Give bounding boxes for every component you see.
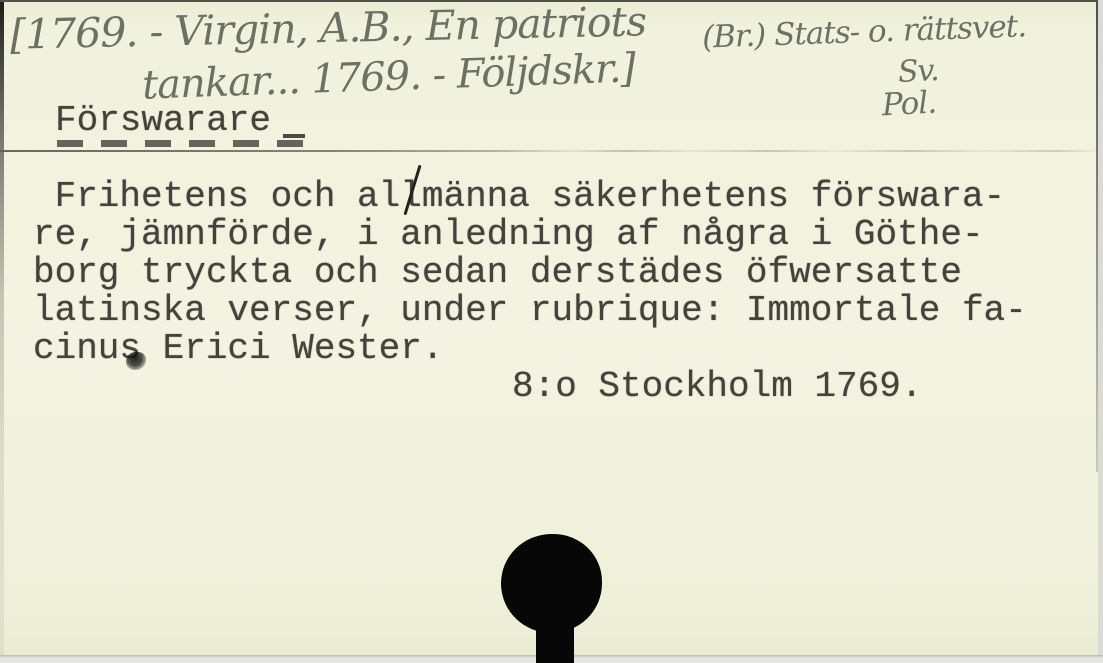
body-line: Frihetens och allmänna säkerhetens försw…	[33, 178, 1027, 216]
index-card: [1769. - Virgin, A.B., En patriots tanka…	[0, 0, 1098, 655]
handwritten-classification: (Br.) Stats- o. rättsvet.	[701, 8, 1026, 55]
hole-punch-slot	[536, 612, 574, 663]
card-left-edge-shadow	[0, 2, 4, 655]
card-heading: Förswarare	[55, 103, 271, 139]
card-ruled-line	[0, 150, 1097, 152]
scanner-right-margin	[1098, 0, 1103, 663]
handwritten-subject-code: Pol.	[881, 85, 937, 124]
body-line: latinska verser, under rubrique: Immorta…	[33, 292, 1027, 330]
catalog-card-scan: [1769. - Virgin, A.B., En patriots tanka…	[0, 0, 1103, 663]
imprint-line: 8:o Stockholm 1769.	[33, 368, 1027, 406]
heading-trailing-underscore	[283, 134, 305, 138]
card-body-text: Frihetens och allmänna säkerhetens försw…	[33, 178, 1027, 406]
body-line: cinus Erici Wester.	[33, 330, 1027, 368]
heading-dashed-underline	[57, 140, 309, 147]
body-line: re, jämnförde, i anledning af några i Gö…	[33, 216, 1027, 254]
body-line: borg tryckta och sedan derstädes öfwersa…	[33, 254, 1027, 292]
